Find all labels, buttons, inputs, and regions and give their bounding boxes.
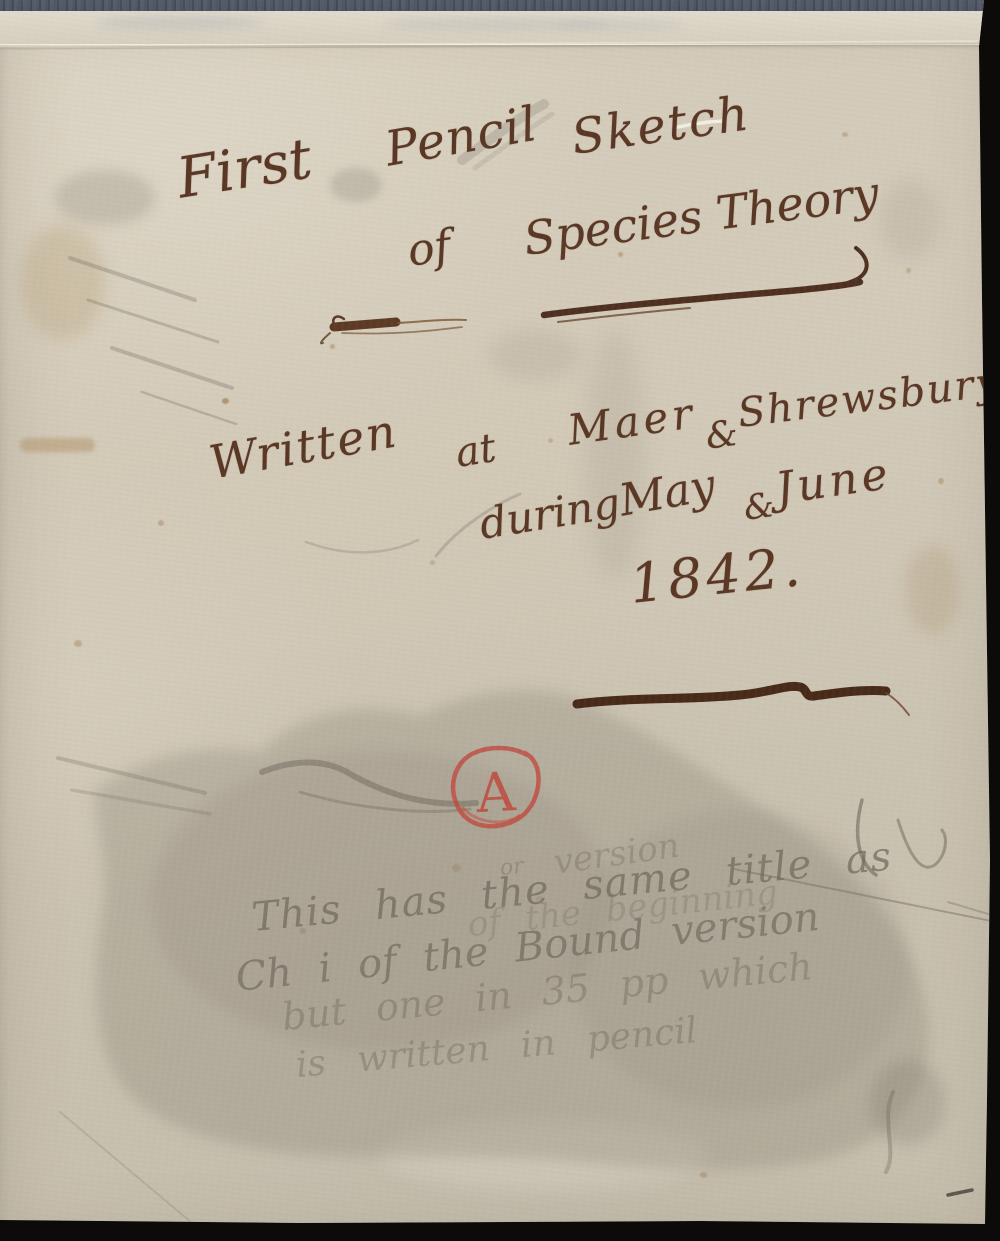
stain-tan [20,225,105,340]
ink-word-pencil: Pencil [382,100,541,174]
foxing-spot [536,896,544,903]
scanned-manuscript-photo: A First Pencil Sketch of Species Theory … [0,0,1000,1241]
ink-word-of: of [405,224,453,274]
manuscript-page: A First Pencil Sketch of Species Theory … [0,0,1000,1241]
foxing-spot [300,928,306,934]
pencil-note-line3: but one in 35 pp which [280,947,814,1036]
stamp-circled-a: A [453,748,538,826]
binding-smudge [95,16,265,29]
ink-word-first: First [174,131,316,207]
foxing-spot [906,268,911,273]
ink-word-may: May [616,464,718,524]
ink-year: 1842. [627,540,806,612]
stain-streak [585,330,645,580]
stamp-letter: A [474,760,518,825]
wash-stain-overlay [0,0,1000,1241]
foxing-spot [938,478,944,484]
ink-word-june: June [773,452,894,512]
ink-ampersand: & [742,488,777,526]
pencil-note-line2: Ch i of the Bound version [234,897,821,998]
pencil-frag-or: or [499,856,525,880]
ink-word-during: during [477,482,623,546]
stain-tan [905,545,960,635]
stain-tan-dash [20,438,95,452]
foxing-spot [618,252,623,257]
stain [880,180,940,260]
foxing-spot [158,520,164,526]
foxing-spot [330,344,335,349]
stain [490,330,580,380]
light-patch [380,1120,710,1190]
foxing-spot [548,438,553,443]
graphite-smudge [330,168,382,202]
foxing-spot [430,560,435,565]
foxing-spot [842,132,848,137]
pencil-frag-version: version [552,829,682,880]
ink-and-pencil-strokes-overlay: A [0,0,1000,1241]
pencil-frag-beginning: of the beginning [466,876,779,942]
foxing-spot [452,864,461,872]
ink-word-at: at [453,428,499,474]
ink-word-sketch: Sketch [569,89,753,162]
ink-words-species-theory: Species Theory [521,170,881,262]
ink-word-shrewsbury: Shrewsbury [736,362,1000,434]
ink-ampersand: & [703,416,740,456]
foxing-spot [74,640,82,647]
ink-word-maer: Maer [565,392,699,452]
foxing-spot [222,398,229,404]
ink-word-written: Written [206,407,401,485]
stain [870,1060,945,1145]
pencil-note-line1: This has the same title as [250,836,894,937]
pencil-note-line4: is written in pencil [294,1013,698,1084]
binding-smudge [555,20,685,30]
binding-cloth-strip [0,0,985,11]
foxing-spot [700,1172,707,1178]
graphite-smudge [55,170,155,225]
